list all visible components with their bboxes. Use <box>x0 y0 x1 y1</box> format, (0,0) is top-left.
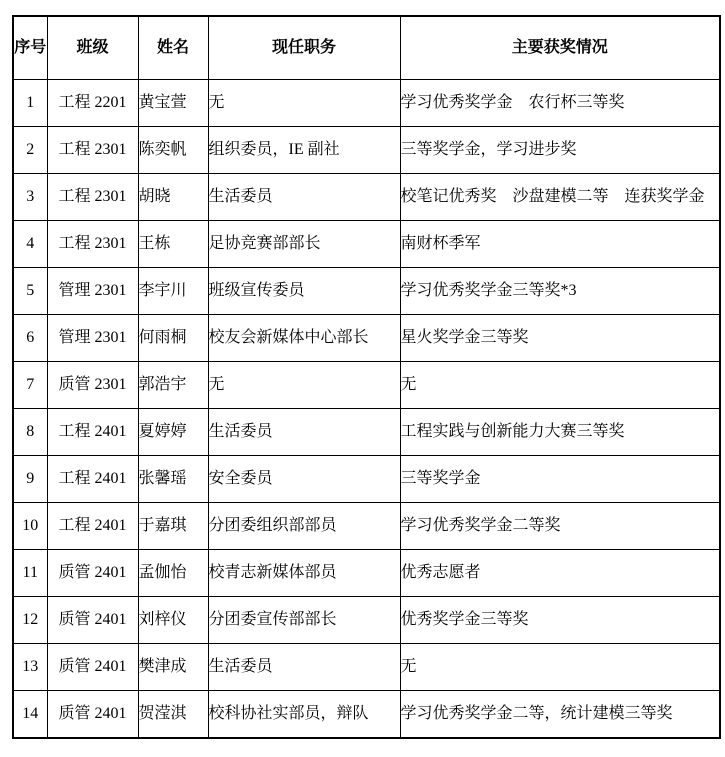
cell-serial-number: 11 <box>13 550 47 597</box>
cell-awards: 学习优秀奖学金二等奖 <box>400 503 720 550</box>
cell-name: 王栋 <box>138 221 208 268</box>
table-row: 12质管 2401刘梓仪分团委宣传部部长优秀奖学金三等奖 <box>13 597 720 644</box>
cell-awards: 三等奖学金，学习进步奖 <box>400 127 720 174</box>
cell-name: 黄宝萱 <box>138 80 208 127</box>
table-row: 3工程 2301胡晓生活委员校笔记优秀奖 沙盘建模二等 连获奖学金 <box>13 174 720 221</box>
cell-position: 生活委员 <box>208 644 400 691</box>
cell-serial-number: 9 <box>13 456 47 503</box>
cell-class: 管理 2301 <box>47 268 138 315</box>
table-row: 9工程 2401张馨瑶安全委员三等奖学金 <box>13 456 720 503</box>
cell-class: 工程 2301 <box>47 127 138 174</box>
cell-position: 校青志新媒体部员 <box>208 550 400 597</box>
cell-class: 质管 2401 <box>47 597 138 644</box>
cell-position: 分团委宣传部部长 <box>208 597 400 644</box>
awards-table-container: 序号 班级 姓名 现任职务 主要获奖情况 1工程 2201黄宝萱无学习优秀奖学金… <box>12 15 721 739</box>
cell-name: 于嘉琪 <box>138 503 208 550</box>
table-row: 6管理 2301何雨桐校友会新媒体中心部长星火奖学金三等奖 <box>13 315 720 362</box>
cell-class: 工程 2201 <box>47 80 138 127</box>
cell-class: 工程 2401 <box>47 503 138 550</box>
cell-class: 工程 2401 <box>47 456 138 503</box>
cell-name: 刘梓仪 <box>138 597 208 644</box>
cell-serial-number: 10 <box>13 503 47 550</box>
table-row: 2工程 2301陈奕帆组织委员，IE 副社三等奖学金，学习进步奖 <box>13 127 720 174</box>
cell-awards: 三等奖学金 <box>400 456 720 503</box>
cell-serial-number: 14 <box>13 691 47 739</box>
cell-position: 分团委组织部部员 <box>208 503 400 550</box>
header-serial-number: 序号 <box>13 16 47 80</box>
cell-position: 生活委员 <box>208 409 400 456</box>
table-row: 1工程 2201黄宝萱无学习优秀奖学金 农行杯三等奖 <box>13 80 720 127</box>
header-position: 现任职务 <box>208 16 400 80</box>
cell-name: 何雨桐 <box>138 315 208 362</box>
cell-serial-number: 12 <box>13 597 47 644</box>
cell-serial-number: 4 <box>13 221 47 268</box>
cell-serial-number: 3 <box>13 174 47 221</box>
cell-name: 郭浩宇 <box>138 362 208 409</box>
cell-serial-number: 13 <box>13 644 47 691</box>
table-row: 10工程 2401于嘉琪分团委组织部部员学习优秀奖学金二等奖 <box>13 503 720 550</box>
cell-class: 工程 2301 <box>47 221 138 268</box>
cell-serial-number: 7 <box>13 362 47 409</box>
cell-awards: 优秀奖学金三等奖 <box>400 597 720 644</box>
cell-class: 工程 2401 <box>47 409 138 456</box>
cell-name: 陈奕帆 <box>138 127 208 174</box>
cell-serial-number: 2 <box>13 127 47 174</box>
header-class: 班级 <box>47 16 138 80</box>
cell-awards: 星火奖学金三等奖 <box>400 315 720 362</box>
cell-class: 质管 2401 <box>47 691 138 739</box>
cell-awards: 工程实践与创新能力大赛三等奖 <box>400 409 720 456</box>
cell-position: 班级宣传委员 <box>208 268 400 315</box>
table-body: 1工程 2201黄宝萱无学习优秀奖学金 农行杯三等奖2工程 2301陈奕帆组织委… <box>13 80 720 739</box>
cell-position: 无 <box>208 362 400 409</box>
cell-position: 生活委员 <box>208 174 400 221</box>
cell-class: 质管 2301 <box>47 362 138 409</box>
cell-awards: 优秀志愿者 <box>400 550 720 597</box>
cell-position: 安全委员 <box>208 456 400 503</box>
table-row: 4工程 2301王栋足协竞赛部部长南财杯季军 <box>13 221 720 268</box>
cell-serial-number: 8 <box>13 409 47 456</box>
cell-awards: 南财杯季军 <box>400 221 720 268</box>
header-row: 序号 班级 姓名 现任职务 主要获奖情况 <box>13 16 720 80</box>
cell-awards: 无 <box>400 644 720 691</box>
header-name: 姓名 <box>138 16 208 80</box>
cell-name: 贺滢淇 <box>138 691 208 739</box>
table-row: 7质管 2301郭浩宇无无 <box>13 362 720 409</box>
cell-position: 校友会新媒体中心部长 <box>208 315 400 362</box>
header-awards: 主要获奖情况 <box>400 16 720 80</box>
cell-awards: 学习优秀奖学金二等，统计建模三等奖 <box>400 691 720 739</box>
awards-table: 序号 班级 姓名 现任职务 主要获奖情况 1工程 2201黄宝萱无学习优秀奖学金… <box>12 15 721 739</box>
cell-serial-number: 6 <box>13 315 47 362</box>
cell-class: 管理 2301 <box>47 315 138 362</box>
cell-name: 胡晓 <box>138 174 208 221</box>
cell-name: 张馨瑶 <box>138 456 208 503</box>
cell-name: 孟伽怡 <box>138 550 208 597</box>
cell-awards: 校笔记优秀奖 沙盘建模二等 连获奖学金 <box>400 174 720 221</box>
cell-awards: 学习优秀奖学金三等奖*3 <box>400 268 720 315</box>
table-row: 8工程 2401夏婷婷生活委员工程实践与创新能力大赛三等奖 <box>13 409 720 456</box>
cell-awards: 学习优秀奖学金 农行杯三等奖 <box>400 80 720 127</box>
table-header: 序号 班级 姓名 现任职务 主要获奖情况 <box>13 16 720 80</box>
cell-serial-number: 1 <box>13 80 47 127</box>
cell-name: 樊津成 <box>138 644 208 691</box>
cell-awards: 无 <box>400 362 720 409</box>
cell-position: 校科协社实部员，辩队 <box>208 691 400 739</box>
cell-position: 组织委员，IE 副社 <box>208 127 400 174</box>
table-row: 14质管 2401贺滢淇校科协社实部员，辩队学习优秀奖学金二等，统计建模三等奖 <box>13 691 720 739</box>
table-row: 11质管 2401孟伽怡校青志新媒体部员优秀志愿者 <box>13 550 720 597</box>
cell-class: 质管 2401 <box>47 644 138 691</box>
document-page: 序号 班级 姓名 现任职务 主要获奖情况 1工程 2201黄宝萱无学习优秀奖学金… <box>0 0 725 757</box>
cell-name: 夏婷婷 <box>138 409 208 456</box>
cell-class: 质管 2401 <box>47 550 138 597</box>
cell-position: 足协竞赛部部长 <box>208 221 400 268</box>
cell-serial-number: 5 <box>13 268 47 315</box>
cell-class: 工程 2301 <box>47 174 138 221</box>
table-row: 13质管 2401樊津成生活委员无 <box>13 644 720 691</box>
cell-position: 无 <box>208 80 400 127</box>
table-row: 5管理 2301李宇川班级宣传委员学习优秀奖学金三等奖*3 <box>13 268 720 315</box>
cell-name: 李宇川 <box>138 268 208 315</box>
